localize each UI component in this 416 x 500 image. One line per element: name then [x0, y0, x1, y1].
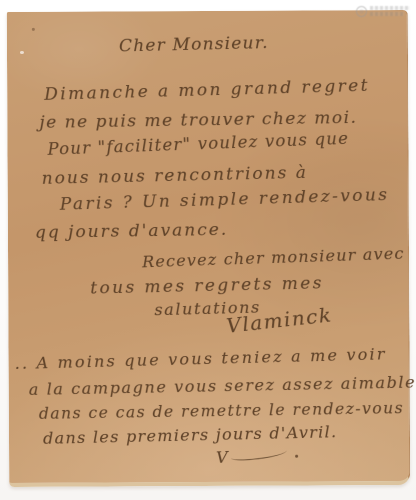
letter-body-line: Paris ? Un simple rendez-vous: [59, 185, 389, 215]
paper-speck: [20, 51, 24, 54]
postscript-initial: V: [216, 445, 298, 467]
watermark-circle-icon: [356, 6, 367, 17]
letter-body-line: Pour "faciliter" voulez vous que: [47, 129, 349, 159]
postscript-line: a la campagne vous serez assez aimable: [29, 373, 416, 399]
letter-closing-line: Recevez cher monsieur avec: [142, 244, 405, 272]
letter-body-line: je ne puis me trouver chez moi.: [39, 108, 357, 133]
letter-photograph: Cher Monsieur. Dimanche a mon grand regr…: [0, 0, 416, 500]
letter-closing-line: tous mes regrets mes: [90, 273, 324, 298]
letter-body-line: nous nous rencontrions à: [41, 163, 308, 189]
watermark-text-blur: [370, 6, 410, 16]
ink-dot: [295, 455, 298, 458]
postscript-line: .. A moins que vous teniez a me voir: [14, 344, 386, 373]
letter-body-line: Dimanche a mon grand regret: [44, 76, 370, 105]
letter-salutation: Cher Monsieur.: [119, 33, 269, 56]
watermark-logo-icon: [356, 2, 414, 20]
letter-body-line: qq jours d'avance.: [35, 220, 229, 243]
postscript-line: dans ce cas de remettre le rendez-vous: [39, 399, 404, 423]
postscript-initial-letter: V: [216, 447, 229, 466]
paper-speck: [32, 28, 35, 31]
signature-flourish: [230, 447, 287, 462]
letter-paper: Cher Monsieur. Dimanche a mon grand regr…: [7, 10, 410, 487]
